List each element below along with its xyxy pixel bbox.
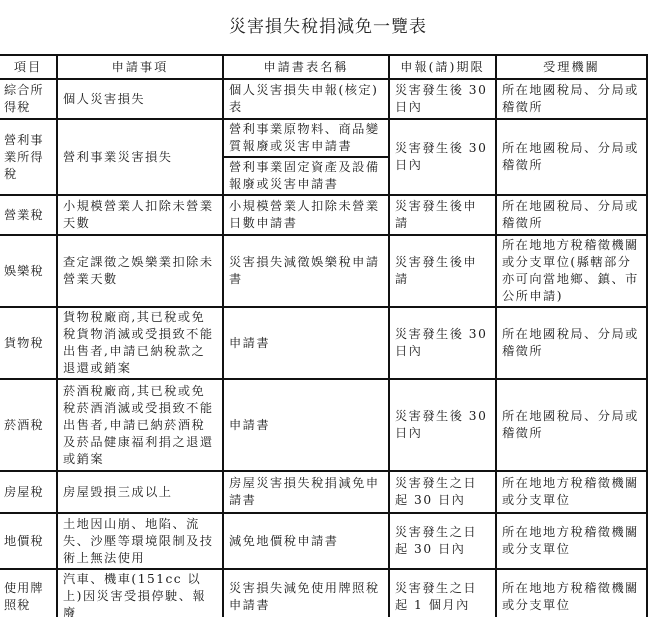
row-agency: 所在地國稅局、分局或稽徵所 [496,119,647,195]
row-item: 菸酒稅 [0,379,57,471]
row-deadline: 災害發生之日起 30 日內 [389,513,496,569]
row-form: 減免地價稅申請書 [223,513,389,569]
row-matter: 查定課徵之娛樂業扣除未營業天數 [57,235,223,307]
row-agency: 所在地地方稅稽徵機關或分支單位 [496,569,647,617]
row-agency: 所在地地方稅稽徵機關或分支單位 [496,471,647,513]
row-deadline: 災害發生之日起 1 個月內 [389,569,496,617]
row-agency: 所在地國稅局、分局或稽徵所 [496,379,647,471]
row-item: 營業稅 [0,195,57,235]
row-form: 小規模營業人扣除未營業日數申請書 [223,195,389,235]
row-item: 綜合所得稅 [0,79,57,119]
row-agency: 所在地國稅局、分局或稽徵所 [496,195,647,235]
row-deadline: 災害發生之日起 30 日內 [389,471,496,513]
row-form: 個人災害損失申報(核定)表 [223,79,389,119]
table-row: 綜合所得稅 個人災害損失 個人災害損失申報(核定)表 災害發生後 30 日內 所… [0,79,647,119]
row-form: 災害損失減徵娛樂稅申請書 [223,235,389,307]
table-row: 貨物稅 貨物稅廠商,其已稅或免稅貨物消滅或受損致不能出售者,申請已納稅款之退還或… [0,307,647,379]
row-matter: 個人災害損失 [57,79,223,119]
table-row: 地價稅 土地因山崩、地陷、流失、沙壓等環境限制及技術上無法使用 減免地價稅申請書… [0,513,647,569]
row-deadline: 災害發生後 30 日內 [389,79,496,119]
row-deadline: 災害發生後申請 [389,235,496,307]
row-matter: 小規模營業人扣除未營業天數 [57,195,223,235]
header-forms: 申請書表名稱 [223,55,389,79]
row-item: 房屋稅 [0,471,57,513]
header-matter: 申請事項 [57,55,223,79]
row-form: 營利事業固定資產及設備報廢或災害申請書 [223,157,389,195]
row-matter: 營利事業災害損失 [57,119,223,195]
table-row: 營利事業所得稅 營利事業災害損失 營利事業原物料、商品變質報廢或災害申請書 災害… [0,119,647,157]
row-form: 災害損失減免使用牌照稅申請書 [223,569,389,617]
header-agency: 受理機關 [496,55,647,79]
page-title: 災害損失稅捐減免一覽表 [0,12,656,37]
row-agency: 所在地國稅局、分局或稽徵所 [496,307,647,379]
row-deadline: 災害發生後申請 [389,195,496,235]
row-form: 房屋災害損失稅捐減免申請書 [223,471,389,513]
table-row: 使用牌照稅 汽車、機車(151cc 以上)因災害受損停駛、報廢 災害損失減免使用… [0,569,647,617]
row-item: 使用牌照稅 [0,569,57,617]
table-row: 菸酒稅 菸酒稅廠商,其已稅或免稅菸酒消滅或受損致不能出售者,申請已納菸酒稅及菸品… [0,379,647,471]
row-deadline: 災害發生後 30 日內 [389,119,496,195]
row-agency: 所在地國稅局、分局或稽徵所 [496,79,647,119]
table-header-row: 項目 申請事項 申請書表名稱 申報(請)期限 受理機關 [0,55,647,79]
row-form: 營利事業原物料、商品變質報廢或災害申請書 [223,119,389,157]
row-item: 貨物稅 [0,307,57,379]
row-matter: 土地因山崩、地陷、流失、沙壓等環境限制及技術上無法使用 [57,513,223,569]
row-deadline: 災害發生後 30 日內 [389,379,496,471]
header-deadline: 申報(請)期限 [389,55,496,79]
row-item: 娛樂稅 [0,235,57,307]
row-agency: 所在地地方稅稽徵機關或分支單位 [496,513,647,569]
table-row: 房屋稅 房屋毀損三成以上 房屋災害損失稅捐減免申請書 災害發生之日起 30 日內… [0,471,647,513]
table-row: 娛樂稅 查定課徵之娛樂業扣除未營業天數 災害損失減徵娛樂稅申請書 災害發生後申請… [0,235,647,307]
row-item: 營利事業所得稅 [0,119,57,195]
row-deadline: 災害發生後 30 日內 [389,307,496,379]
row-form: 申請書 [223,307,389,379]
header-item: 項目 [0,55,57,79]
row-agency: 所在地地方稅稽徵機關或分支單位(縣轄部分亦可向當地鄉、鎮、市公所申請) [496,235,647,307]
row-item: 地價稅 [0,513,57,569]
row-matter: 汽車、機車(151cc 以上)因災害受損停駛、報廢 [57,569,223,617]
row-matter: 貨物稅廠商,其已稅或免稅貨物消滅或受損致不能出售者,申請已納稅款之退還或銷案 [57,307,223,379]
tax-relief-table: 項目 申請事項 申請書表名稱 申報(請)期限 受理機關 綜合所得稅 個人災害損失… [0,54,648,617]
table-row: 營業稅 小規模營業人扣除未營業天數 小規模營業人扣除未營業日數申請書 災害發生後… [0,195,647,235]
row-matter: 房屋毀損三成以上 [57,471,223,513]
row-form: 申請書 [223,379,389,471]
row-matter: 菸酒稅廠商,其已稅或免稅菸酒消滅或受損致不能出售者,申請已納菸酒稅及菸品健康福利… [57,379,223,471]
